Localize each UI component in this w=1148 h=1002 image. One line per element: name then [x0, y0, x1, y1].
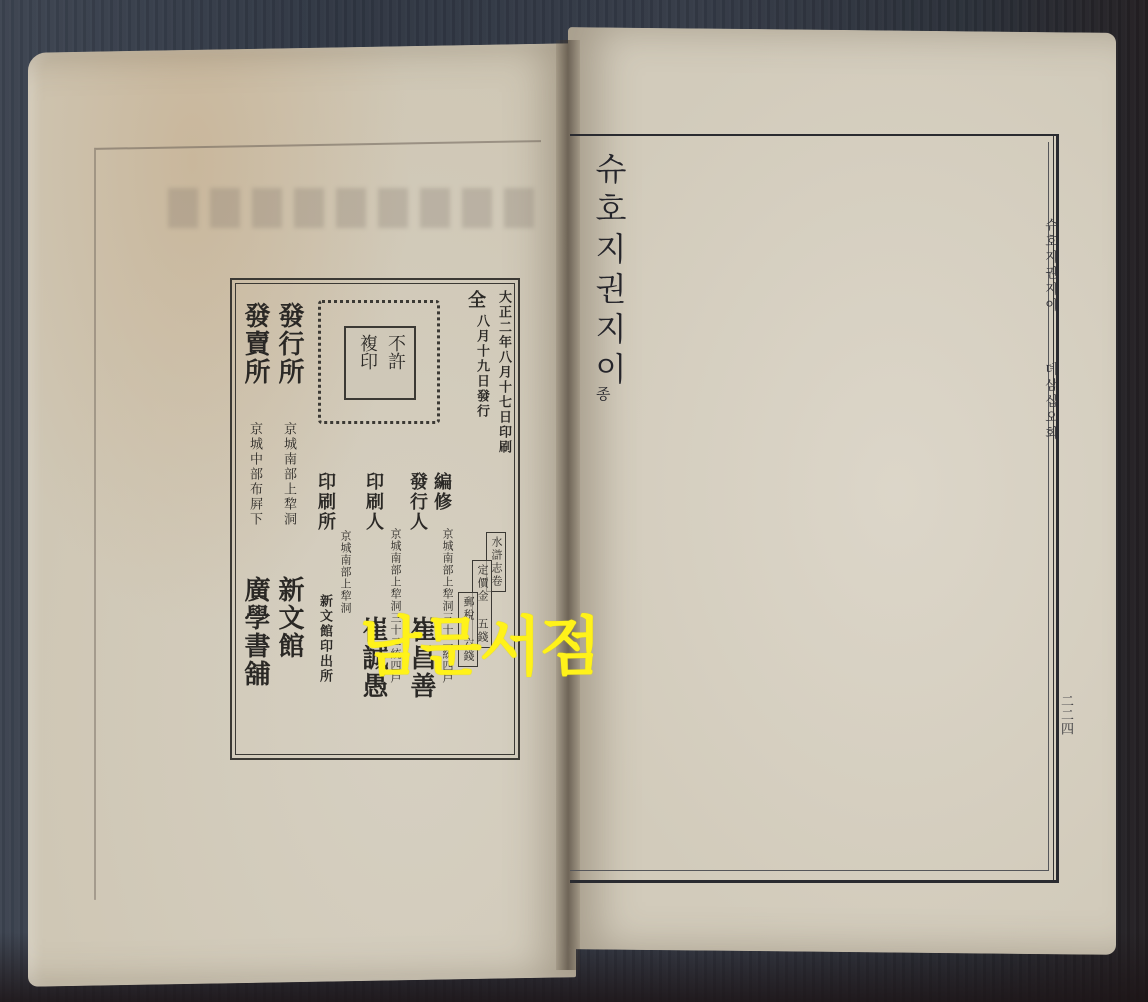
publisher-label: 發行所: [276, 302, 302, 386]
margin-running-title: 슈호지권지이: [1040, 218, 1059, 314]
seller-address: 京城中部布屛下: [248, 422, 261, 527]
title-suffix: 종: [596, 383, 611, 404]
page-number: 二二四: [1056, 694, 1075, 736]
editor-label: 編修: [432, 472, 450, 512]
print-date: 大正二年八月十七日印刷: [497, 290, 510, 455]
margin-chapter-number: 뎨삼십오회: [1040, 362, 1059, 442]
printer-label: 印刷人: [364, 472, 382, 532]
seller-label: 發賣所: [242, 302, 268, 386]
publisher-person-label: 發行人: [408, 472, 426, 532]
print-shop-address: 京城南部上犂洞: [340, 530, 351, 614]
print-shop-label: 印刷所: [316, 472, 334, 532]
bleed-through-heading: [168, 188, 538, 228]
publisher-name: 新文館: [276, 576, 302, 660]
seller-name: 廣學書舖: [242, 576, 268, 688]
print-shop-name: 新文館印出所: [318, 594, 331, 684]
publish-date: 八月十九日發行: [475, 314, 488, 419]
right-page-inner-rule: [570, 142, 1049, 871]
chapter-title: 슈호지권지이: [586, 152, 632, 392]
publisher-address: 京城南部上犂洞: [282, 422, 295, 527]
seal-text-left: 複印: [354, 334, 380, 370]
seal-stamp: 不許 複印: [318, 300, 440, 424]
seal-text-right: 不許: [382, 334, 408, 370]
bookstore-watermark: 남문서점: [360, 596, 599, 688]
complete-mark: 全: [466, 290, 484, 310]
